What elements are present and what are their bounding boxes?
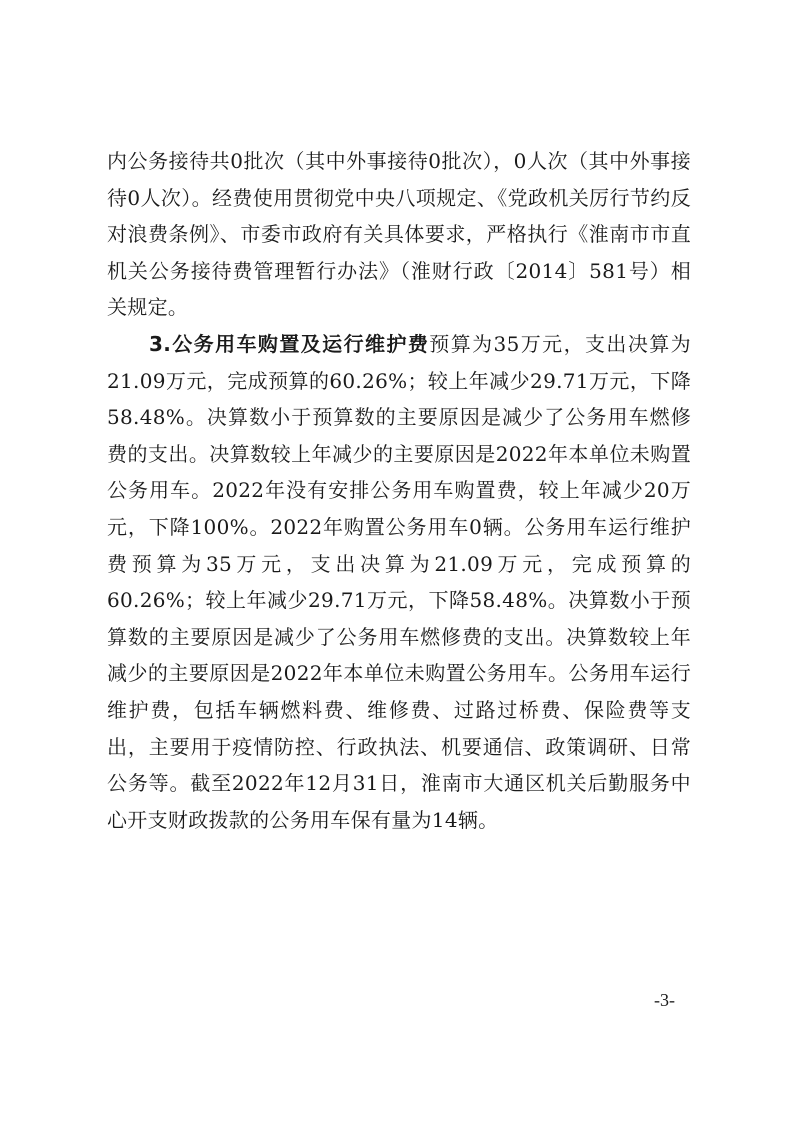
- page-number: -3-: [654, 990, 675, 1011]
- paragraph-reception-continued: 内公务接待共0批次（其中外事接待0批次），0人次（其中外事接待0人次）。经费使用…: [107, 143, 691, 326]
- document-page: 内公务接待共0批次（其中外事接待0批次），0人次（其中外事接待0人次）。经费使用…: [0, 0, 793, 1122]
- section-heading: 3.公务用车购置及运行维护费: [149, 332, 429, 356]
- body-text: 内公务接待共0批次（其中外事接待0批次），0人次（其中外事接待0人次）。经费使用…: [107, 143, 691, 838]
- paragraph-vehicle-expenses: 3.公务用车购置及运行维护费预算为35万元，支出决算为21.09万元，完成预算的…: [107, 326, 691, 838]
- section-body: 预算为35万元，支出决算为21.09万元，完成预算的60.26%；较上年减少29…: [107, 332, 691, 832]
